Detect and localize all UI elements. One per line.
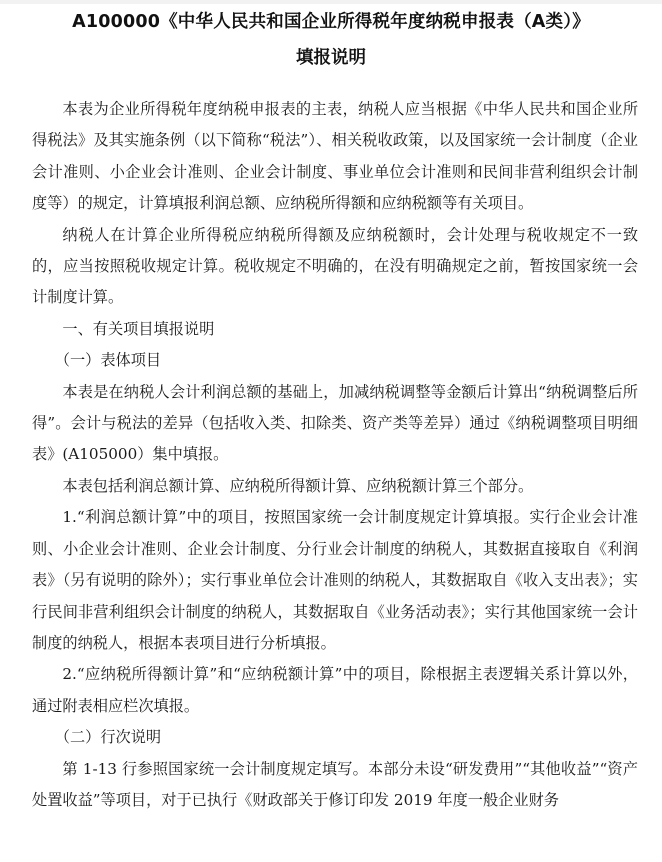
document-body: 本表为企业所得税年度纳税申报表的主表，纳税人应当根据《中华人民共和国企业所得税法… — [32, 94, 638, 816]
row-notes-paragraph-1: 第 1-13 行参照国家统一会计制度规定填写。本部分未设“研发费用”“其他收益”… — [32, 754, 638, 817]
subsection-heading-row-notes: （二）行次说明 — [32, 722, 638, 753]
table-items-paragraph-3: 1.“利润总额计算”中的项目，按照国家统一会计制度规定计算填报。实行企业会计准则… — [32, 502, 638, 659]
table-items-paragraph-4: 2.“应纳税所得额计算”和“应纳税额计算”中的项目，除根据主表逻辑关系计算以外，… — [32, 659, 638, 722]
intro-paragraph-2: 纳税人在计算企业所得税应纳税所得额及应纳税额时，会计处理与税收规定不一致的，应当… — [32, 220, 638, 314]
table-items-paragraph-2: 本表包括利润总额计算、应纳税所得额计算、应纳税额计算三个部分。 — [32, 471, 638, 502]
top-bar — [0, 0, 662, 4]
document-title: A100000《中华人民共和国企业所得税年度纳税申报表（A类）》 — [0, 9, 662, 35]
table-items-paragraph-1: 本表是在纳税人会计利润总额的基础上，加减纳税调整等金额后计算出“纳税调整后所得”… — [32, 377, 638, 471]
section-heading-1: 一、有关项目填报说明 — [32, 314, 638, 345]
subsection-heading-table-items: （一）表体项目 — [32, 345, 638, 376]
document-subtitle: 填报说明 — [0, 45, 662, 71]
intro-paragraph-1: 本表为企业所得税年度纳税申报表的主表，纳税人应当根据《中华人民共和国企业所得税法… — [32, 94, 638, 220]
